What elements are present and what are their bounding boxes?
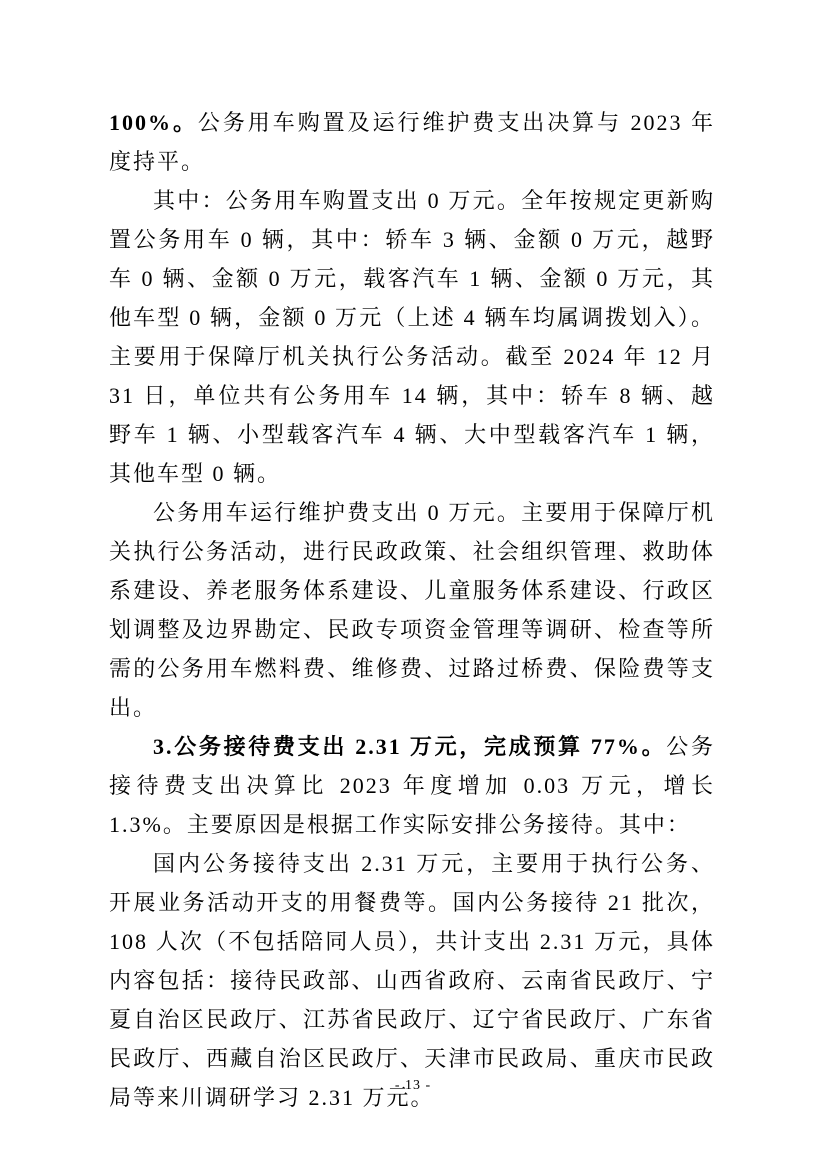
text-run: 其中：公务用车购置支出 0 万元。全年按规定更新购置公务用车 0 辆，其中：轿车… — [109, 188, 715, 486]
para-domestic-reception-detail: 国内公务接待支出 2.31 万元，主要用于执行公务、开展业务活动开支的用餐费等。… — [109, 844, 715, 1117]
document-page: 100%。公务用车购置及运行维护费支出决算与 2023 年度持平。其中：公务用车… — [0, 0, 826, 1169]
para-vehicle-purchase-detail: 其中：公务用车购置支出 0 万元。全年按规定更新购置公务用车 0 辆，其中：轿车… — [109, 181, 715, 493]
text-run: 公务用车运行维护费支出 0 万元。主要用于保障厅机关执行公务活动，进行民政政策、… — [109, 500, 715, 720]
text-run-bold: 3.公务接待费支出 2.31 万元，完成预算 77%。 — [153, 734, 666, 759]
page-number: - 13 - — [395, 1078, 431, 1093]
text-run: 国内公务接待支出 2.31 万元，主要用于执行公务、开展业务活动开支的用餐费等。… — [109, 851, 715, 1110]
text-run-bold: 100%。 — [109, 110, 198, 135]
page-footer: - 13 - — [0, 1078, 826, 1094]
text-run: 公务用车购置及运行维护费支出决算与 2023 年度持平。 — [109, 110, 715, 174]
document-body: 100%。公务用车购置及运行维护费支出决算与 2023 年度持平。其中：公务用车… — [109, 103, 715, 1117]
para-vehicle-maintenance-detail: 公务用车运行维护费支出 0 万元。主要用于保障厅机关执行公务活动，进行民政政策、… — [109, 493, 715, 727]
para-vehicle-budget-summary: 100%。公务用车购置及运行维护费支出决算与 2023 年度持平。 — [109, 103, 715, 181]
para-reception-budget-summary: 3.公务接待费支出 2.31 万元，完成预算 77%。公务接待费支出决算比 20… — [109, 727, 715, 844]
